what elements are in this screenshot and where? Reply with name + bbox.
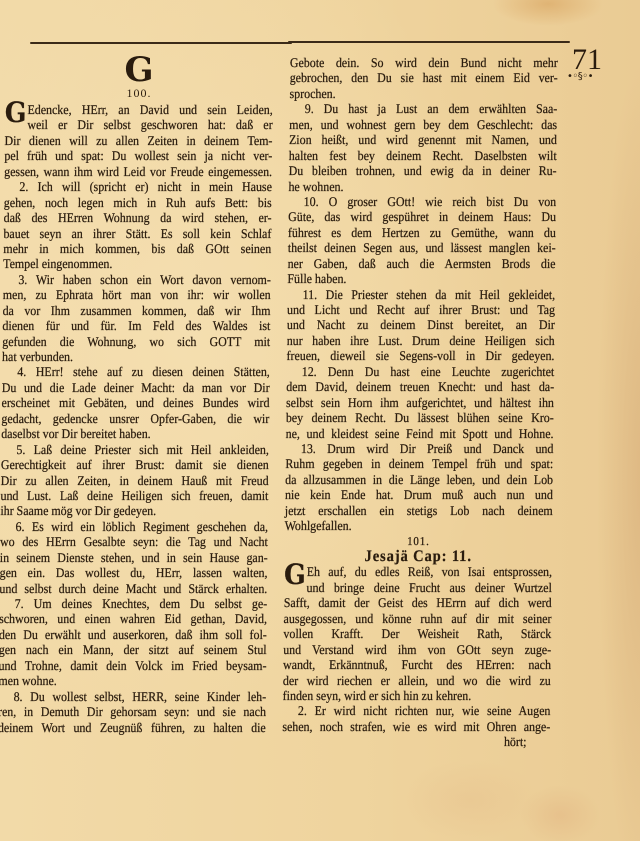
verse-start-line: 9. Du hast ja Lust an dem erwählten Saa- — [289, 102, 557, 117]
text-line: gen nach ein Mann, der sitzt auf seinem … — [0, 643, 267, 658]
text-line: Dir dienen will zu allen Zeiten in deine… — [4, 133, 272, 148]
text-line: und Lust. Laß deine Heiligen sich freuen… — [0, 488, 268, 503]
text-line: und selbst durch deine Macht und Stärck … — [0, 581, 267, 596]
catchword: hört; — [282, 735, 550, 750]
text-line: GEh auf, du edles Reiß, von Isai entspro… — [284, 565, 552, 580]
text-line: hat verbunden. — [2, 349, 270, 364]
text-line: vollen Krafft. Der Weisheit Rath, Stärck — [283, 626, 551, 641]
text-line: halten fest bey deinem Recht. Daselbsten… — [289, 148, 557, 163]
text-line: gebrochen, den Du sie hast mit einem Eid… — [290, 71, 558, 86]
text-line: und Licht und Recht auf ihrer Brust: und… — [287, 302, 555, 317]
text-line: jetzt erschallen ein stetigs Lob nach de… — [285, 503, 553, 518]
text-line: Fülle haben. — [287, 271, 555, 286]
hymn-number: 101. — [284, 534, 552, 549]
text-line: men wohne. — [0, 673, 266, 688]
verse-start-line: 2. Ich will (spricht er) nicht in mein H… — [4, 179, 272, 194]
header-rule — [30, 42, 292, 44]
text-line: deinem Wort und Zeugnüß führen, zu halte… — [0, 720, 266, 735]
left-column: GEdencke, HErr, an David und sein Leiden… — [0, 102, 273, 735]
text-line: Güte, das wird gespühret in deinem Haus:… — [288, 210, 556, 225]
text-line: schworen, und einen wahren Eid gethan, D… — [0, 612, 267, 627]
text-line: dem David, deinem treuen Knecht: und has… — [286, 379, 554, 394]
verse-start-line: 13. Drum wird Dir Preiß und Danck und — [285, 441, 553, 456]
text-line: Gebote dein. So wird dein Bund nicht meh… — [290, 55, 558, 70]
verse-start-line: 3. Wir haben schon ein Wort davon vernom… — [3, 272, 271, 287]
text-line: und Trohne, damit dein Volck im Fried be… — [0, 658, 267, 673]
line-text: Eh auf, du edles Reiß, von Isai entspros… — [307, 565, 552, 580]
text-line: Safft, damit der Geist des HErrn auf dic… — [284, 596, 552, 611]
verse-start-line: 6. Es wird ein löblich Regiment geschehe… — [0, 519, 268, 534]
text-line: wo des HErrn Gesalbte seyn: die Tag und … — [0, 535, 268, 550]
text-line: ne, und kleidest seine Feind mit Spott u… — [286, 426, 554, 441]
text-line: theilst deinen Segen aus, und lässest ma… — [288, 241, 556, 256]
text-line: Zion heißt, und wird genennt mit Namen, … — [289, 132, 557, 147]
text-line: führest es dem Hertzen zu Gemüthe, wann … — [288, 225, 556, 240]
text-line: Gerechtigkeit auf ihrer Brust: damit sie… — [1, 457, 269, 472]
verse-start-line: 10. O groser GOtt! wie reich bist Du von — [288, 194, 556, 209]
section-letter: G — [109, 52, 169, 88]
text-line: Tempel eingenommen. — [3, 257, 271, 272]
text-line: da vor Ihm zusammen kommen, daß wir Ihm — [3, 303, 271, 318]
hymn-number: 100. — [109, 86, 169, 100]
text-line: der wird riechen er allein, und wo die w… — [283, 673, 551, 688]
text-line: weil er Dir selbst geschworen hat: daß e… — [5, 118, 273, 133]
verse-start-line: 8. Du wollest selbst, HERR, seine Kinder… — [0, 689, 266, 704]
text-line: Du und die Lade deiner Macht: da man vor… — [2, 380, 270, 395]
text-line: pel früh und spat: Du wollest sein ja ni… — [4, 149, 272, 164]
text-line: GEdencke, HErr, an David und sein Leiden… — [5, 102, 273, 117]
text-line: he wohnen. — [288, 179, 556, 194]
page-ornament-icon: •◦§◦• — [558, 71, 602, 83]
text-line: men, und wohnest gern bey dem Geschlecht… — [289, 117, 557, 132]
text-line: freuen, dieweil sie Segens-voll in Dir g… — [286, 349, 554, 364]
text-line: erscheinet mit Gebäten, und deines Bunde… — [1, 396, 269, 411]
verse-start-line: 2. Er wird nicht richten nur, wie seine … — [282, 704, 550, 719]
hymn-title: Jesajä Cap: 11. — [284, 549, 552, 564]
text-line: nur haben ihre Lust. Drum deine Heiligen… — [287, 333, 555, 348]
text-line: selbst sein Horn ihm aufgerichtet, und h… — [286, 395, 554, 410]
text-line: Ruhm gegeben in deinem Tempel früh und s… — [285, 457, 553, 472]
verse-start-line: 12. Denn Du hast eine Leuchte zugerichte… — [286, 364, 554, 379]
text-line: wandt, Erkänntnuß, Furcht des HErren: na… — [283, 657, 551, 672]
text-line: da allzusammen in die Länge leben, und d… — [285, 472, 553, 487]
verse-start-line: 11. Die Priester stehen da mit Heil gekl… — [287, 287, 555, 302]
text-line: mehr in mich kommen, bis daß GOtt seinen — [3, 241, 271, 256]
text-line: den Du erwählt und auserkoren, daß ihm s… — [0, 627, 267, 642]
text-line: und Verstand wird ihm von GOtt seyn zuge… — [283, 642, 551, 657]
text-line: Dir zu allen Zeiten, in deinem Hauß mit … — [1, 473, 269, 488]
text-line: Du bleiben trohnen, und ewig da in deine… — [289, 163, 557, 178]
text-line: gehen, noch legen mich in Ruh aufs Bett:… — [4, 195, 272, 210]
text-line: sehen, noch strafen, wie es wird mit Ohr… — [282, 719, 550, 734]
text-line: bey deinem Recht. Du lässest blühen sein… — [286, 410, 554, 425]
text-line: in seinem Dienste stehen, und in sein Ha… — [0, 550, 268, 565]
line-text: Edencke, HErr, an David und sein Leiden, — [27, 102, 272, 117]
text-line: daselbst vor Dir bereitet haben. — [1, 426, 269, 441]
verse-start-line: 5. Laß deine Priester sich mit Heil ankl… — [1, 442, 269, 457]
text-line: sprochen. — [289, 86, 557, 101]
text-line: gefunden die Wohnung, wo sich GOTT mit — [2, 334, 270, 349]
text-line: bauet seyn an ihrer Stätt. Es soll kein … — [3, 226, 271, 241]
text-line: daß des HErren Wohnung da wird stehen, e… — [4, 210, 272, 225]
text-line: ausgegossen, und könne ruhn auf dir mit … — [284, 611, 552, 626]
text-line: gessen, wann ihm wird Leid vor Freude ei… — [4, 164, 272, 179]
text-line: und Nacht zu deinem Dinst bereitet, an D… — [287, 318, 555, 333]
text-line: und bringe deine Frucht aus deiner Wurtz… — [284, 580, 552, 595]
text-line: ihr Saame mög vor Dir gedeyen. — [0, 504, 268, 519]
header-rule — [288, 41, 570, 43]
text-line: dienen für und für. Im Feld des Waldes i… — [2, 318, 270, 333]
right-column: Gebote dein. So wird dein Bund nicht meh… — [282, 55, 558, 750]
text-line: men, zu Ephrata hört man von ihr: wir wo… — [3, 288, 271, 303]
text-line: ner Gaben, daß auch die Aermsten Brods d… — [288, 256, 556, 271]
text-line: finden seyn, wird er sich hin zu kehren. — [283, 688, 551, 703]
verse-start-line: 4. HErr! stehe auf zu diesen deinen Stät… — [2, 365, 270, 380]
text-line: gedacht, gedencke unsrer Opfer-Gaben, di… — [1, 411, 269, 426]
text-line: gen ein. Das wollest du, HErr, lassen wa… — [0, 565, 268, 580]
verse-start-line: 7. Um deines Knechtes, dem Du selbst ge- — [0, 596, 267, 611]
text-line: ren, in Demuth Dir gehorsam seyn: und si… — [0, 704, 266, 719]
text-line: Wohlgefallen. — [285, 518, 553, 533]
text-line: nie kein Ende hat. Drum muß auch nun und — [285, 488, 553, 503]
